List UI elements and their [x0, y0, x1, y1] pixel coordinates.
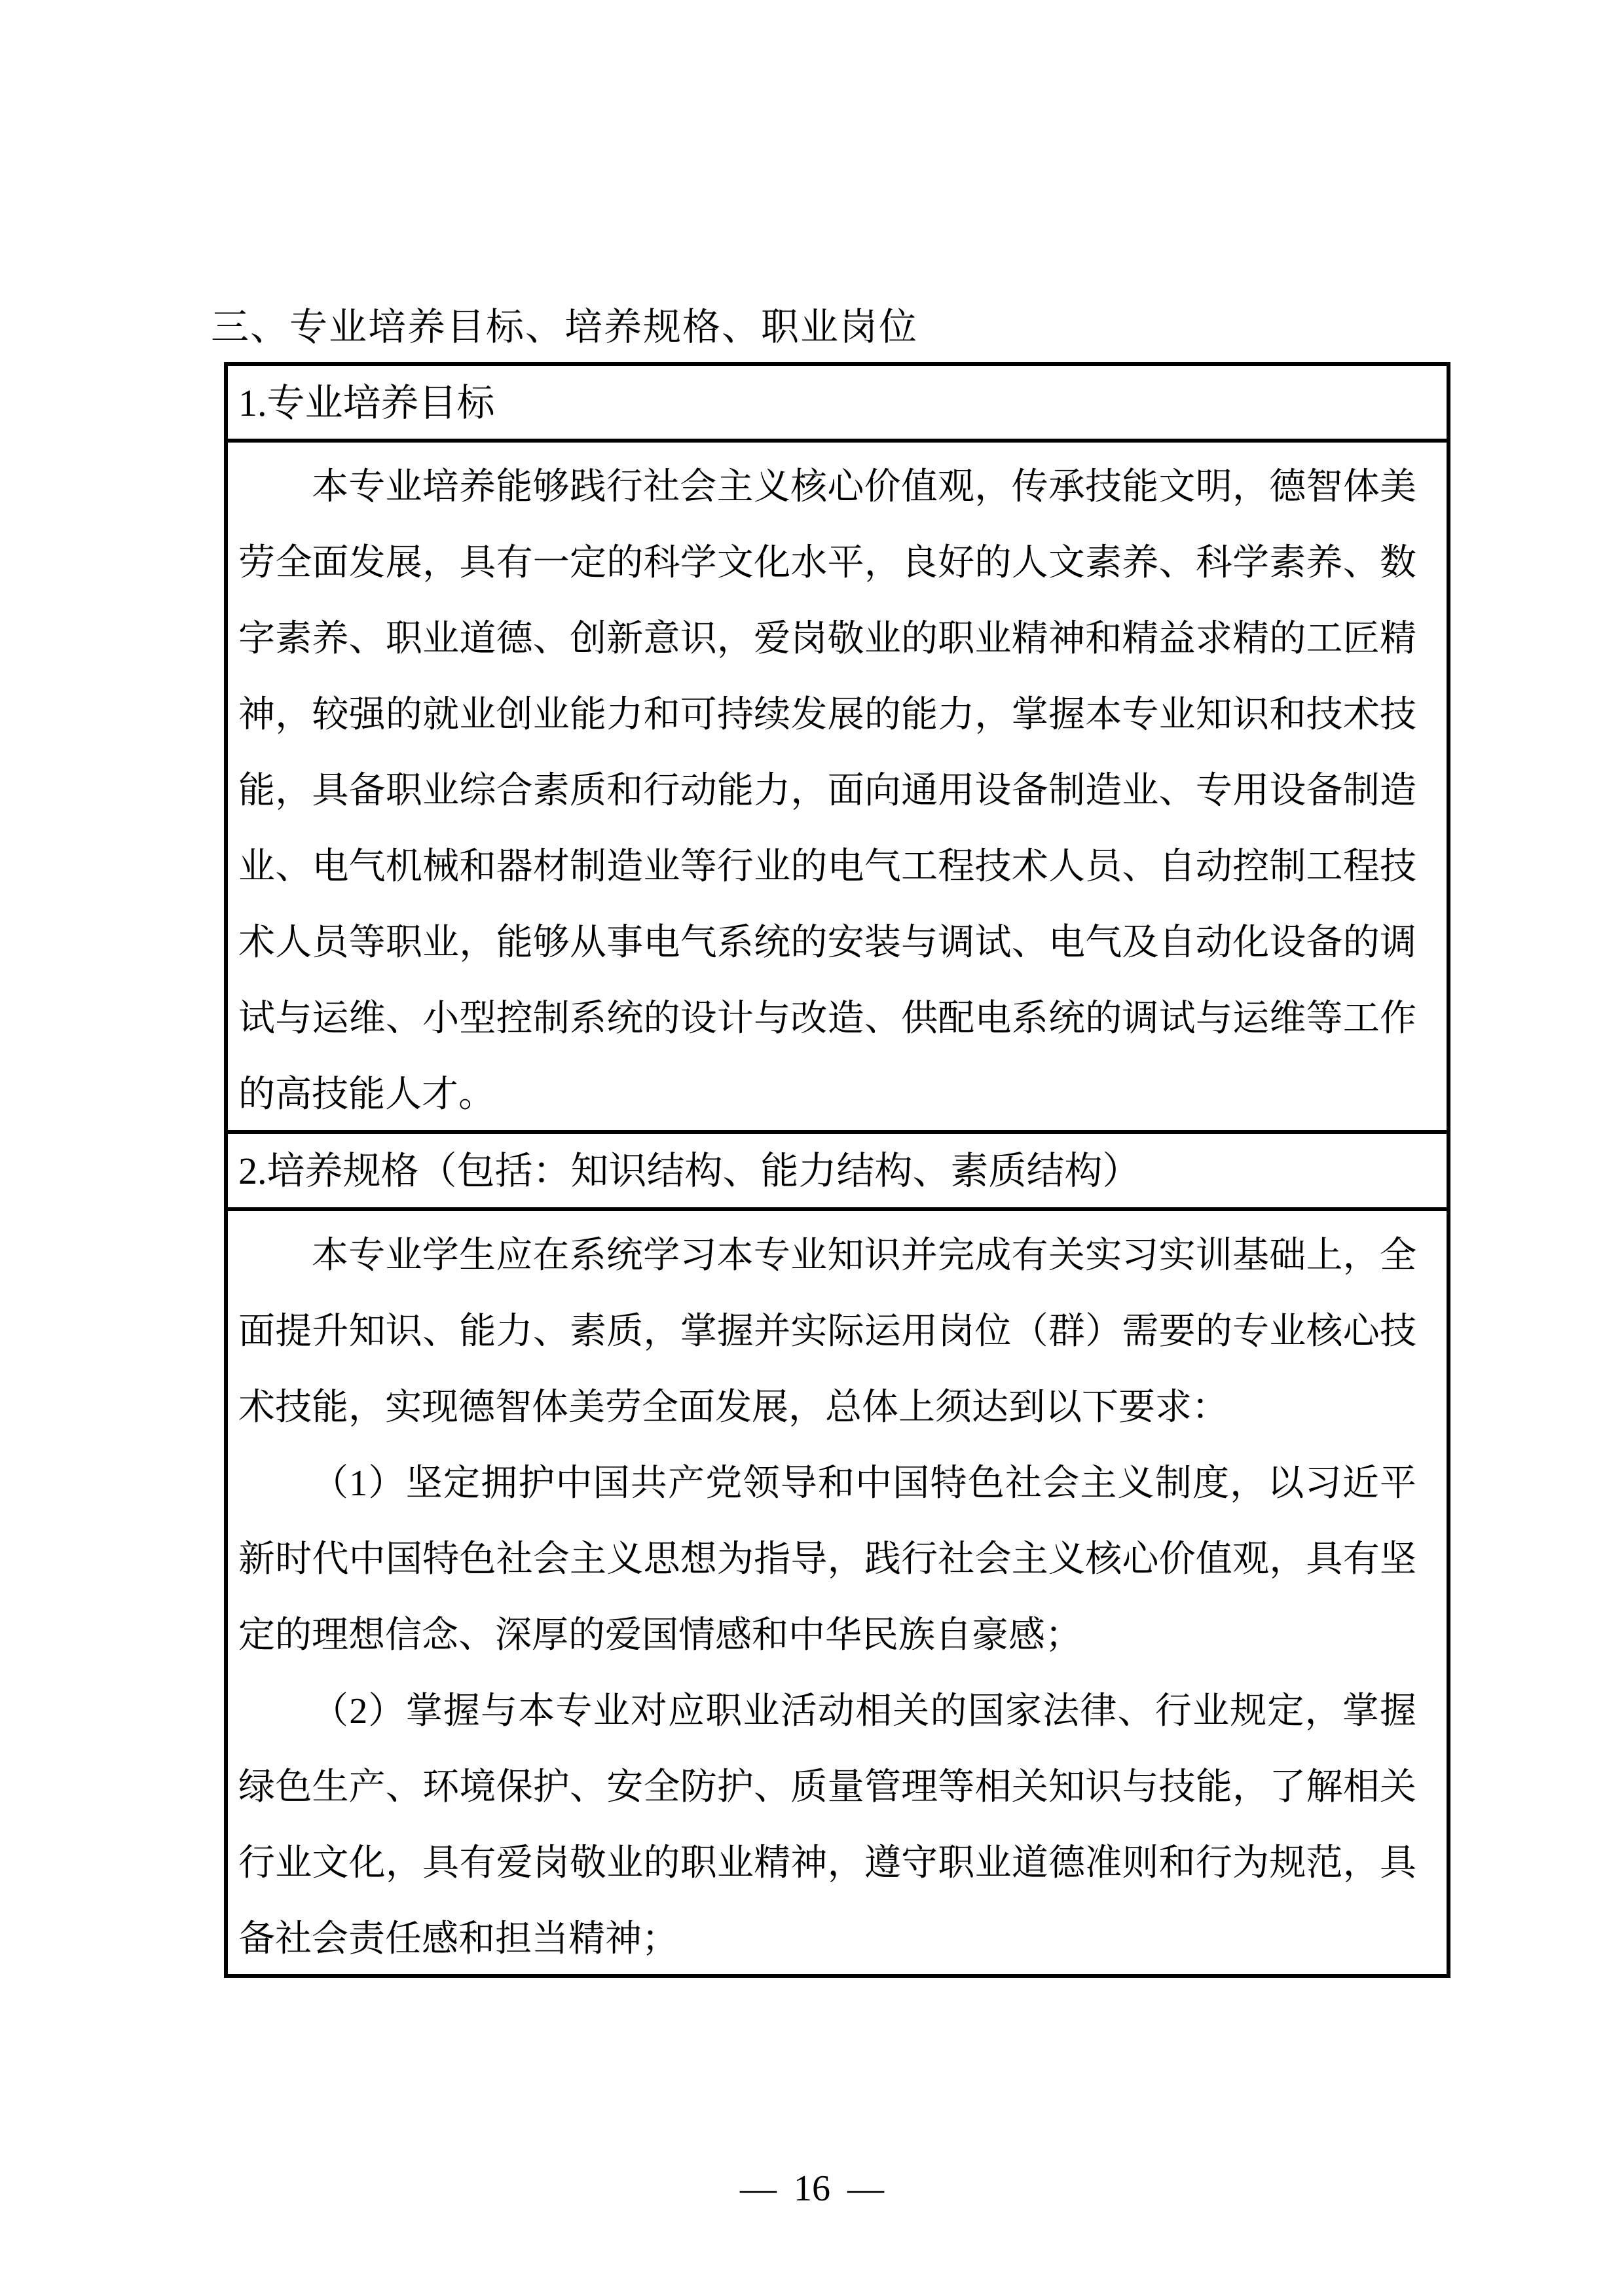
section-heading: 三、专业培养目标、培养规格、职业岗位	[211, 302, 918, 352]
table-row-training-objective-content: 本专业培养能够践行社会主义核心价值观，传承技能文明，德智体美劳全面发展，具有一定…	[228, 443, 1447, 1134]
table-row-header-training-objective: 1.专业培养目标	[228, 366, 1447, 443]
training-objective-paragraph: 本专业培养能够践行社会主义核心价值观，传承技能文明，德智体美劳全面发展，具有一定…	[238, 449, 1416, 1133]
table-row-header-training-specification: 2.培养规格（包括：知识结构、能力结构、素质结构）	[228, 1134, 1447, 1211]
document-page: { "document": { "section_heading": "三、专业…	[0, 0, 1624, 2296]
page-footer: —16—	[0, 2166, 1624, 2212]
training-objectives-table: 1.专业培养目标 本专业培养能够践行社会主义核心价值观，传承技能文明，德智体美劳…	[224, 362, 1450, 1978]
page-number-left-dash: —	[740, 2166, 777, 2212]
training-specification-paragraph-intro: 本专业学生应在系统学习本专业知识并完成有关实习实训基础上，全面提升知识、能力、素…	[238, 1218, 1416, 1446]
training-specification-paragraph-item1: （1）坚定拥护中国共产党领导和中国特色社会主义制度，以习近平新时代中国特色社会主…	[238, 1446, 1416, 1673]
training-specification-paragraph-item2: （2）掌握与本专业对应职业活动相关的国家法律、行业规定，掌握绿色生产、环境保护、…	[238, 1673, 1416, 1974]
page-number-right-dash: —	[847, 2166, 884, 2212]
page-number: 16	[794, 2168, 830, 2209]
table-row-training-specification-content: 本专业学生应在系统学习本专业知识并完成有关实习实训基础上，全面提升知识、能力、素…	[228, 1211, 1447, 1974]
